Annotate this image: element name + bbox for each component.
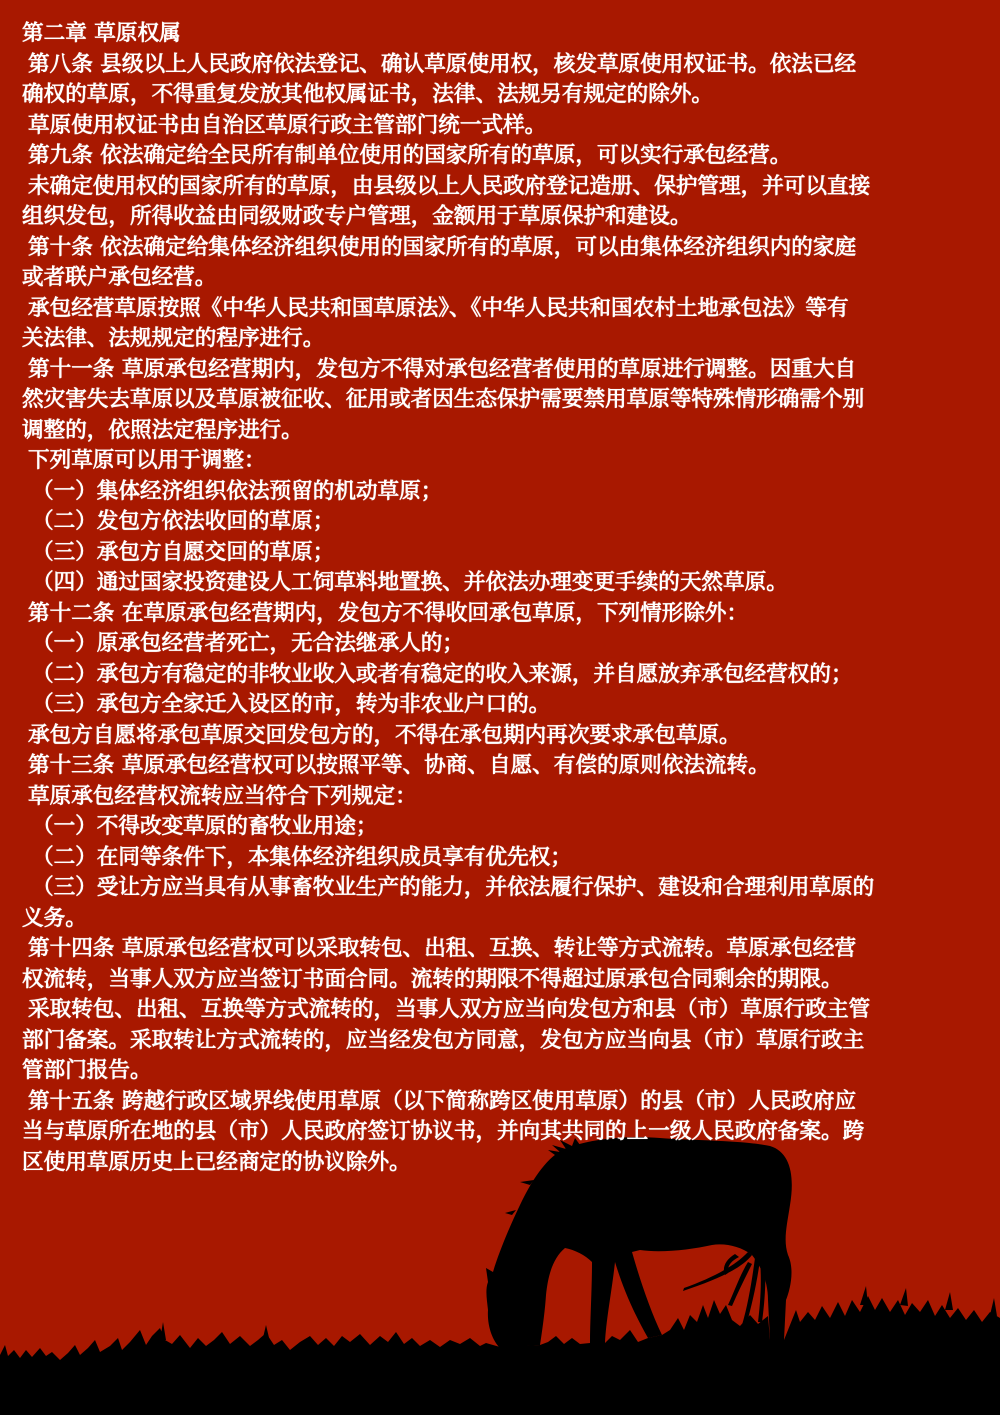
text-line: 第十一条 草原承包经营期内，发包方不得对承包经营者使用的草原进行调整。因重大自 — [22, 355, 982, 386]
text-line: 调整的，依照法定程序进行。 — [22, 416, 982, 447]
text-line: 第十三条 草原承包经营权可以按照平等、协商、自愿、有偿的原则依法流转。 — [22, 751, 982, 782]
text-line: 或者联户承包经营。 — [22, 263, 982, 294]
text-line: 第十四条 草原承包经营权可以采取转包、出租、互换、转让等方式流转。草原承包经营 — [22, 934, 982, 965]
list-item: （一）集体经济组织依法预留的机动草原； — [22, 477, 982, 508]
chapter-title: 第二章 草原权属 — [22, 19, 982, 50]
document-body: 第二章 草原权属 第八条 县级以上人民政府依法登记、确认草原使用权，核发草原使用… — [22, 19, 982, 1178]
list-item: （三）受让方应当具有从事畜牧业生产的能力，并依法履行保护、建设和合理利用草原的 — [22, 873, 982, 904]
text-line: 组织发包，所得收益由同级财政专户管理，金额用于草原保护和建设。 — [22, 202, 982, 233]
text-line: 草原承包经营权流转应当符合下列规定： — [22, 782, 982, 813]
article-lines: 第八条 县级以上人民政府依法登记、确认草原使用权，核发草原使用权证书。依法已经确… — [22, 50, 982, 1179]
list-item: （一）不得改变草原的畜牧业用途； — [22, 812, 982, 843]
text-line: 采取转包、出租、互换等方式流转的，当事人双方应当向发包方和县（市）草原行政主管 — [22, 995, 982, 1026]
text-line: 第八条 县级以上人民政府依法登记、确认草原使用权，核发草原使用权证书。依法已经 — [22, 50, 982, 81]
text-line: 权流转，当事人双方应当签订书面合同。流转的期限不得超过原承包合同剩余的期限。 — [22, 965, 982, 996]
text-line: 确权的草原，不得重复发放其他权属证书，法律、法规另有规定的除外。 — [22, 80, 982, 111]
list-item: （一）原承包经营者死亡，无合法继承人的； — [22, 629, 982, 660]
text-line: 管部门报告。 — [22, 1056, 982, 1087]
text-line: 承包方自愿将承包草原交回发包方的，不得在承包期内再次要求承包草原。 — [22, 721, 982, 752]
text-line: 第十五条 跨越行政区域界线使用草原（以下简称跨区使用草原）的县（市）人民政府应 — [22, 1087, 982, 1118]
list-item: （二）在同等条件下，本集体经济组织成员享有优先权； — [22, 843, 982, 874]
text-line: 当与草原所在地的县（市）人民政府签订协议书，并向其共同的上一级人民政府备案。跨 — [22, 1117, 982, 1148]
text-line: 下列草原可以用于调整： — [22, 446, 982, 477]
text-line: 部门备案。采取转让方式流转的，应当经发包方同意，发包方应当向县（市）草原行政主 — [22, 1026, 982, 1057]
text-line: 区使用草原历史上已经商定的协议除外。 — [22, 1148, 982, 1179]
list-item: （四）通过国家投资建设人工饲草料地置换、并依法办理变更手续的天然草原。 — [22, 568, 982, 599]
list-item: （二）承包方有稳定的非牧业收入或者有稳定的收入来源，并自愿放弃承包经营权的； — [22, 660, 982, 691]
text-line: 承包经营草原按照《中华人民共和国草原法》、《中华人民共和国农村土地承包法》等有 — [22, 294, 982, 325]
text-line: 草原使用权证书由自治区草原行政主管部门统一式样。 — [22, 111, 982, 142]
text-line: 第十二条 在草原承包经营期内，发包方不得收回承包草原，下列情形除外： — [22, 599, 982, 630]
text-line: 第九条 依法确定给全民所有制单位使用的国家所有的草原，可以实行承包经营。 — [22, 141, 982, 172]
text-line: 关法律、法规规定的程序进行。 — [22, 324, 982, 355]
text-line: 未确定使用权的国家所有的草原，由县级以上人民政府登记造册、保护管理，并可以直接 — [22, 172, 982, 203]
text-line: 然灾害失去草原以及草原被征收、征用或者因生态保护需要禁用草原等特殊情形确需个别 — [22, 385, 982, 416]
list-item: （三）承包方全家迁入设区的市，转为非农业户口的。 — [22, 690, 982, 721]
list-item: （三）承包方自愿交回的草原； — [22, 538, 982, 569]
list-item: （二）发包方依法收回的草原； — [22, 507, 982, 538]
text-line: 第十条 依法确定给集体经济组织使用的国家所有的草原，可以由集体经济组织内的家庭 — [22, 233, 982, 264]
text-line: 义务。 — [22, 904, 982, 935]
